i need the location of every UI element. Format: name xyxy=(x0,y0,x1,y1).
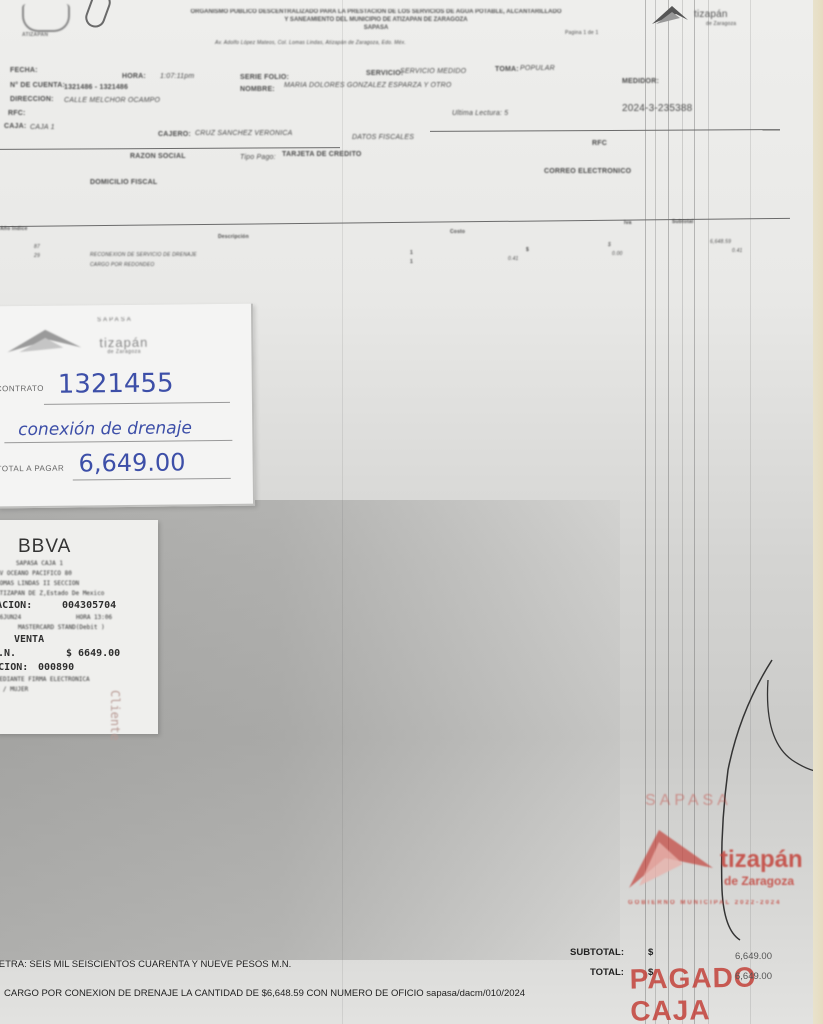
voucher-org: SAPASA xyxy=(97,317,133,323)
row-code: 29 xyxy=(34,253,40,259)
card-type: MASTERCARD STAND(Debit ) xyxy=(18,624,105,631)
subtotal-label: SUBTOTAL: xyxy=(570,947,624,958)
column-header: Subtotal xyxy=(672,219,694,225)
municipal-logo-caption: ATIZAPAN xyxy=(22,32,48,38)
total-currency: $ xyxy=(648,967,653,978)
brand-subtitle: de Zaragoza xyxy=(706,21,736,27)
row-description: RECONEXION DE SERVICIO DE DRENAJE xyxy=(90,252,197,258)
ticket-branch: SAPASA CAJA 1 xyxy=(16,560,63,567)
column-header: Iva xyxy=(624,220,632,226)
ticket-address-2: LOMAS LINDAS II SECCION xyxy=(0,580,79,587)
toma-label: TOMA: xyxy=(495,66,519,73)
toma-value: POPULAR xyxy=(520,65,555,72)
autorizacion-value: 000890 xyxy=(38,662,74,673)
page-indicator: Pagina 1 de 1 xyxy=(565,30,598,36)
ultima-lectura: Ultima Lectura: 5 xyxy=(452,110,508,117)
servicio-value: SERVICIO MEDIDO xyxy=(400,68,466,75)
concepto-value: conexión de drenaje xyxy=(18,418,192,440)
contrato-line xyxy=(44,402,230,405)
rfc-label: RFC: xyxy=(8,110,26,117)
row-qty: 1 xyxy=(410,250,413,256)
column-header: Año Indice xyxy=(0,226,28,232)
ticket-time: HORA 13:06 xyxy=(76,614,112,621)
municipal-logo-icon xyxy=(22,4,70,32)
stamp-brand: tizapán xyxy=(720,846,803,874)
stamp-top-text: SAPASA xyxy=(645,792,732,810)
nombre-value: MARIA DOLORES GONZALEZ ESPARZA Y OTRO xyxy=(284,82,452,89)
tipo-pago-value: TARJETA DE CREDITO xyxy=(282,151,362,158)
cajero-value: CRUZ SANCHEZ VERONICA xyxy=(195,130,293,137)
issuer-title-line-2: Y SANEAMIENTO DEL MUNICIPIO DE ATIZAPAN … xyxy=(116,16,636,24)
importe-label: M.N. xyxy=(0,648,16,659)
autorizacion-label: AUTORIZACION: xyxy=(0,662,28,673)
folio-number: 2024-3-235388 xyxy=(622,103,692,114)
column-header: Costo xyxy=(450,229,465,235)
column-header: Descripción xyxy=(218,234,249,240)
firma-text: AUTORIZADO MEDIANTE FIRMA ELECTRONICA xyxy=(0,676,90,683)
datos-fiscales-label: DATOS FISCALES xyxy=(352,134,414,141)
caja-label: CAJA: xyxy=(4,123,26,130)
issuer-title: ORGANISMO PUBLICO DESCENTRALIZADO PARA L… xyxy=(116,8,636,32)
issuer-title-line-3: SAPASA xyxy=(116,24,636,32)
contrato-label: CONTRATO xyxy=(0,384,44,394)
voucher-brand-sub: de Zaragoza xyxy=(107,349,141,355)
concepto-line xyxy=(4,440,232,443)
caja-value: CAJA 1 xyxy=(30,124,55,131)
voucher-logo-icon xyxy=(5,325,85,354)
receipt-document: ATIZAPAN ORGANISMO PUBLICO DESCENTRALIZA… xyxy=(0,0,823,1024)
divider xyxy=(430,129,780,132)
bbva-card-ticket: BBVA SAPASA CAJA 1 AV OCEANO PACIFICO 80… xyxy=(0,520,158,734)
issuer-title-line-1: ORGANISMO PUBLICO DESCENTRALIZADO PARA L… xyxy=(116,8,636,16)
row-iva: 0.00 xyxy=(612,251,623,257)
rfc-fiscal-label: RFC xyxy=(592,140,607,147)
serie-folio-label: SERIE FOLIO: xyxy=(240,74,289,81)
cajero-label: CAJERO: xyxy=(158,131,191,138)
row-iva: $ xyxy=(608,242,611,248)
payment-voucher: SAPASA tizapán de Zaragoza CONTRATO 1321… xyxy=(0,304,255,509)
domicilio-fiscal-label: DOMICILIO FISCAL xyxy=(90,179,157,186)
ticket-date: 26JUN24 xyxy=(0,614,21,621)
afiliacion-label: AFILIACION: xyxy=(0,600,32,611)
fecha-label: FECHA: xyxy=(10,67,38,74)
subtotal-currency: $ xyxy=(648,947,653,958)
side-stamp: Cliente xyxy=(108,690,122,741)
total-line xyxy=(73,478,231,481)
cuenta-label: N° DE CUENTA: xyxy=(10,82,65,89)
total-label: TOTAL A PAGAR xyxy=(0,464,64,474)
razon-social-label: RAZON SOCIAL xyxy=(130,153,186,160)
row-costo: $ xyxy=(526,247,529,253)
row-subtotal: 0.41 xyxy=(732,248,743,254)
brand-name: tizapán xyxy=(694,9,728,20)
row-costo: 0.41 xyxy=(508,256,519,262)
direccion-value: CALLE MELCHOR OCAMPO xyxy=(64,97,160,104)
divider xyxy=(0,147,340,150)
paperclip-icon xyxy=(82,0,113,30)
row-code: 87 xyxy=(34,244,40,250)
row-description: CARGO POR REDONDEO xyxy=(90,262,154,268)
hora-value: 1:07:11pm xyxy=(160,73,194,80)
stamp-gov-text: GOBIERNO MUNICIPAL 2022-2024 xyxy=(628,900,781,906)
ticket-address-1: AV OCEANO PACIFICO 80 xyxy=(0,570,72,577)
row-subtotal: 6,648.59 xyxy=(710,239,731,245)
cuenta-value: 1321486 - 1321486 xyxy=(64,84,128,91)
background-surface xyxy=(813,0,823,1024)
bank-logo: BBVA xyxy=(18,536,71,558)
afiliacion-value: 004305704 xyxy=(62,600,116,611)
subtotal-value: 6,649.00 xyxy=(735,951,772,962)
contrato-value: 1321455 xyxy=(58,368,174,399)
operation-type: VENTA xyxy=(14,634,44,645)
importe-value: $ 6649.00 xyxy=(66,648,120,659)
correo-label: CORREO ELECTRONICO xyxy=(544,168,631,175)
nombre-label: NOMBRE: xyxy=(240,86,275,93)
total-value: 6,649.00 xyxy=(735,971,772,982)
tipo-pago-label: Tipo Pago: xyxy=(240,154,276,161)
brand-mountain-icon xyxy=(650,4,690,26)
direccion-label: DIRECCION: xyxy=(10,96,54,103)
total-value-handwritten: 6,649.00 xyxy=(78,448,185,477)
total-label-footer: TOTAL: xyxy=(590,967,624,978)
issuer-address: Av. Adolfo López Mateos, Col. Lomas Lind… xyxy=(215,40,406,46)
ticket-address-3: ATIZAPAN DE Z,Estado De Mexico xyxy=(0,590,104,597)
medidor-label: MEDIDOR: xyxy=(622,78,659,85)
hora-label: HORA: xyxy=(122,73,146,80)
paid-stamp: PAGADO CAJA xyxy=(629,960,823,1024)
copy-label: CLIENTE / MUJER xyxy=(0,686,28,693)
row-qty: 1 xyxy=(410,259,413,265)
servicio-label: SERVICIO: xyxy=(366,70,403,77)
stamp-brand-sub: de Zaragoza xyxy=(724,874,794,888)
stamp-logo-icon xyxy=(625,828,717,890)
charge-note: CARGO POR CONEXION DE DRENAJE LA CANTIDA… xyxy=(4,988,525,999)
amount-in-words: IMPORTE CON LETRA: SEIS MIL SEISCIENTOS … xyxy=(0,959,291,970)
